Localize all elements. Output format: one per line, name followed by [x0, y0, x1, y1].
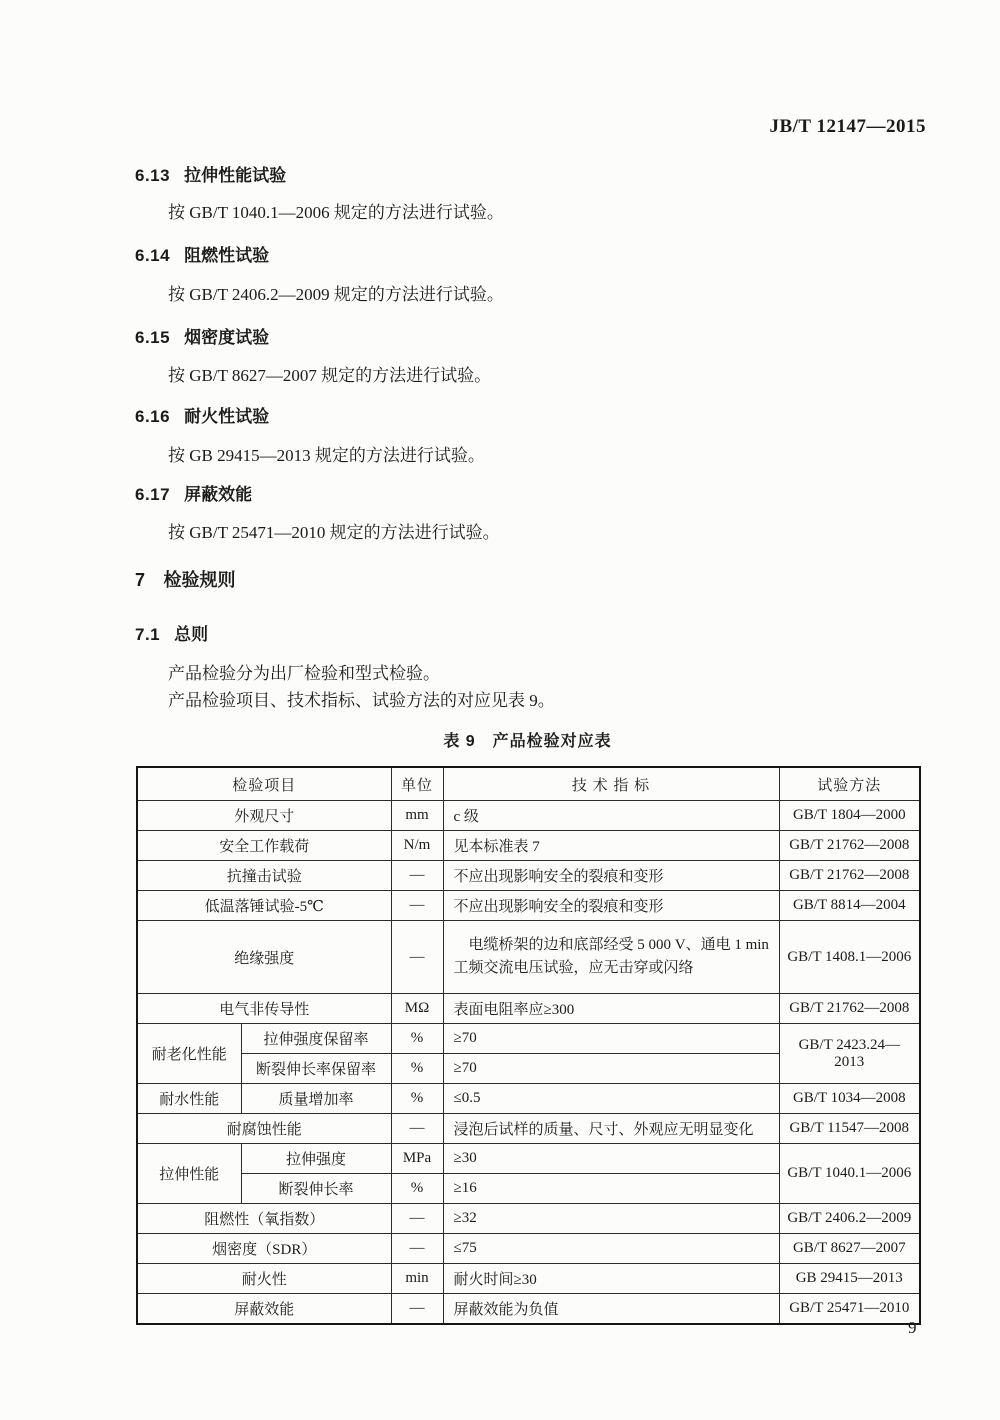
table-cell: 断裂伸长率保留率 — [241, 1054, 391, 1084]
table-row: 安全工作载荷N/m见本标准表 7GB/T 21762—2008 — [137, 831, 920, 861]
table-cell: GB 29415—2013 — [779, 1264, 920, 1294]
table-row: 抗撞击试验—不应出现影响安全的裂痕和变形GB/T 21762—2008 — [137, 861, 920, 891]
table-cell: 拉伸强度保留率 — [241, 1024, 391, 1054]
table-cell: 低温落锤试验-5℃ — [137, 891, 391, 921]
table-cell: MΩ — [391, 994, 443, 1024]
paragraph: 产品检验分为出厂检验和型式检验。 — [168, 659, 440, 684]
table-cell: — — [391, 891, 443, 921]
table-cell: GB/T 25471—2010 — [779, 1294, 920, 1325]
table-cell: 耐腐蚀性能 — [137, 1114, 391, 1144]
table-cell: 试验方法 — [779, 767, 920, 801]
table-row: 电气非传导性MΩ表面电阻率应≥300GB/T 21762—2008 — [137, 994, 920, 1024]
chapter-number: 7 — [135, 570, 146, 590]
table-row: 耐火性min耐火时间≥30GB 29415—2013 — [137, 1264, 920, 1294]
table-cell: 烟密度（SDR） — [137, 1234, 391, 1264]
table-cell: 见本标准表 7 — [443, 831, 779, 861]
table-cell: — — [391, 921, 443, 994]
section-body-6-15: 按 GB/T 8627—2007 规定的方法进行试验。 — [168, 361, 491, 386]
table-cell: — — [391, 1294, 443, 1325]
table-cell: ≤0.5 — [443, 1084, 779, 1114]
table-cell: 质量增加率 — [241, 1084, 391, 1114]
table-row: 低温落锤试验-5℃—不应出现影响安全的裂痕和变形GB/T 8814—2004 — [137, 891, 920, 921]
table-cell: 耐水性能 — [137, 1084, 241, 1114]
table-cell: 抗撞击试验 — [137, 861, 391, 891]
table-body: 外观尺寸mmc 级GB/T 1804—2000安全工作载荷N/m见本标准表 7G… — [137, 801, 920, 1325]
table-cell: 耐火性 — [137, 1264, 391, 1294]
table-cell: 断裂伸长率 — [241, 1174, 391, 1204]
section-number: 6.13 — [135, 166, 170, 185]
section-heading-6-14: 6.14阻燃性试验 — [135, 241, 269, 266]
section-body-6-13: 按 GB/T 1040.1—2006 规定的方法进行试验。 — [168, 198, 504, 223]
section-title: 阻燃性试验 — [184, 246, 269, 265]
table-cell: 耐火时间≥30 — [443, 1264, 779, 1294]
subsection-title: 总则 — [174, 625, 208, 644]
section-number: 6.17 — [135, 485, 170, 504]
doc-number: JB/T 12147—2015 — [769, 116, 926, 138]
section-body-6-17: 按 GB/T 25471—2010 规定的方法进行试验。 — [168, 518, 500, 543]
table-cell: ≥32 — [443, 1204, 779, 1234]
section-title: 拉伸性能试验 — [184, 166, 286, 185]
table-cell: ≥16 — [443, 1174, 779, 1204]
section-title: 屏蔽效能 — [184, 485, 252, 504]
table-cell: min — [391, 1264, 443, 1294]
section-body-6-14: 按 GB/T 2406.2—2009 规定的方法进行试验。 — [168, 280, 504, 305]
section-number: 6.16 — [135, 407, 170, 426]
table-cell: ≥70 — [443, 1054, 779, 1084]
table-cell: GB/T 1034—2008 — [779, 1084, 920, 1114]
table-cell: N/m — [391, 831, 443, 861]
table-cell: GB/T 11547—2008 — [779, 1114, 920, 1144]
table-cell: % — [391, 1084, 443, 1114]
table-cell: GB/T 2406.2—2009 — [779, 1204, 920, 1234]
table-cell: GB/T 21762—2008 — [779, 831, 920, 861]
table-header-row: 检验项目单位技 术 指 标试验方法 — [137, 767, 920, 801]
table-cell: % — [391, 1174, 443, 1204]
table-cell: 屏蔽效能 — [137, 1294, 391, 1325]
table-cell: 安全工作载荷 — [137, 831, 391, 861]
table-cell: ≥30 — [443, 1144, 779, 1174]
table-cell: — — [391, 1234, 443, 1264]
table-cell: mm — [391, 801, 443, 831]
section-number: 6.14 — [135, 246, 170, 265]
table-cell: 不应出现影响安全的裂痕和变形 — [443, 891, 779, 921]
table-cell: 阻燃性（氧指数） — [137, 1204, 391, 1234]
table-cell: ≤75 — [443, 1234, 779, 1264]
table-cell: GB/T 1408.1—2006 — [779, 921, 920, 994]
section-heading-6-16: 6.16耐火性试验 — [135, 402, 269, 427]
table-cell: c 级 — [443, 801, 779, 831]
table-cell: 拉伸强度 — [241, 1144, 391, 1174]
table-cell: 电气非传导性 — [137, 994, 391, 1024]
table-cell: GB/T 21762—2008 — [779, 861, 920, 891]
table-cell: GB/T 2423.24—2013 — [779, 1024, 920, 1084]
table-cell: 绝缘强度 — [137, 921, 391, 994]
section-body-6-16: 按 GB 29415—2013 规定的方法进行试验。 — [168, 441, 485, 466]
subsection-heading-7-1: 7.1总则 — [135, 620, 208, 645]
table-cell: 浸泡后试样的质量、尺寸、外观应无明显变化 — [443, 1114, 779, 1144]
table-cell: GB/T 1804—2000 — [779, 801, 920, 831]
section-heading-6-17: 6.17屏蔽效能 — [135, 480, 252, 505]
subsection-number: 7.1 — [135, 625, 160, 644]
table-row: 检验项目单位技 术 指 标试验方法 — [137, 767, 920, 801]
section-number: 6.15 — [135, 328, 170, 347]
table-row: 拉伸性能拉伸强度MPa≥30GB/T 1040.1—2006 — [137, 1144, 920, 1174]
table-cell: MPa — [391, 1144, 443, 1174]
table-cell: 电缆桥架的边和底部经受 5 000 V、通电 1 min 工频交流电压试验，应无… — [443, 921, 779, 994]
table-cell: — — [391, 1114, 443, 1144]
table-caption: 表 9 产品检验对应表 — [136, 728, 919, 751]
table-cell: ≥70 — [443, 1024, 779, 1054]
table-cell: — — [391, 861, 443, 891]
table-cell: 技 术 指 标 — [443, 767, 779, 801]
section-title: 耐火性试验 — [184, 407, 269, 426]
table-row: 绝缘强度—电缆桥架的边和底部经受 5 000 V、通电 1 min 工频交流电压… — [137, 921, 920, 994]
table-row: 耐老化性能拉伸强度保留率%≥70GB/T 2423.24—2013 — [137, 1024, 920, 1054]
section-heading-6-13: 6.13拉伸性能试验 — [135, 161, 286, 186]
page-number: 9 — [908, 1318, 917, 1338]
table-row: 外观尺寸mmc 级GB/T 1804—2000 — [137, 801, 920, 831]
table-cell: % — [391, 1024, 443, 1054]
table-cell: GB/T 8814—2004 — [779, 891, 920, 921]
table-cell: GB/T 1040.1—2006 — [779, 1144, 920, 1204]
chapter-title: 检验规则 — [164, 570, 236, 590]
table-cell: 外观尺寸 — [137, 801, 391, 831]
document-page: JB/T 12147—2015 6.13拉伸性能试验 按 GB/T 1040.1… — [0, 0, 1000, 1420]
table-cell: 耐老化性能 — [137, 1024, 241, 1084]
table-row: 烟密度（SDR）—≤75GB/T 8627—2007 — [137, 1234, 920, 1264]
section-title: 烟密度试验 — [184, 328, 269, 347]
table-row: 屏蔽效能—屏蔽效能为负值GB/T 25471—2010 — [137, 1294, 920, 1325]
table-cell: — — [391, 1204, 443, 1234]
section-heading-6-15: 6.15烟密度试验 — [135, 323, 269, 348]
table-cell: GB/T 21762—2008 — [779, 994, 920, 1024]
table-cell: 拉伸性能 — [137, 1144, 241, 1204]
table-row: 耐水性能质量增加率%≤0.5GB/T 1034—2008 — [137, 1084, 920, 1114]
table-row: 阻燃性（氧指数）—≥32GB/T 2406.2—2009 — [137, 1204, 920, 1234]
paragraph: 产品检验项目、技术指标、试验方法的对应见表 9。 — [168, 686, 555, 711]
table-cell: 检验项目 — [137, 767, 391, 801]
inspection-table: 检验项目单位技 术 指 标试验方法 外观尺寸mmc 级GB/T 1804—200… — [136, 766, 921, 1325]
table-cell: 屏蔽效能为负值 — [443, 1294, 779, 1325]
table-cell: GB/T 8627—2007 — [779, 1234, 920, 1264]
table-cell: 单位 — [391, 767, 443, 801]
table-cell: % — [391, 1054, 443, 1084]
table-row: 耐腐蚀性能—浸泡后试样的质量、尺寸、外观应无明显变化GB/T 11547—200… — [137, 1114, 920, 1144]
table-cell: 不应出现影响安全的裂痕和变形 — [443, 861, 779, 891]
table-cell: 表面电阻率应≥300 — [443, 994, 779, 1024]
chapter-heading-7: 7检验规则 — [135, 566, 236, 592]
